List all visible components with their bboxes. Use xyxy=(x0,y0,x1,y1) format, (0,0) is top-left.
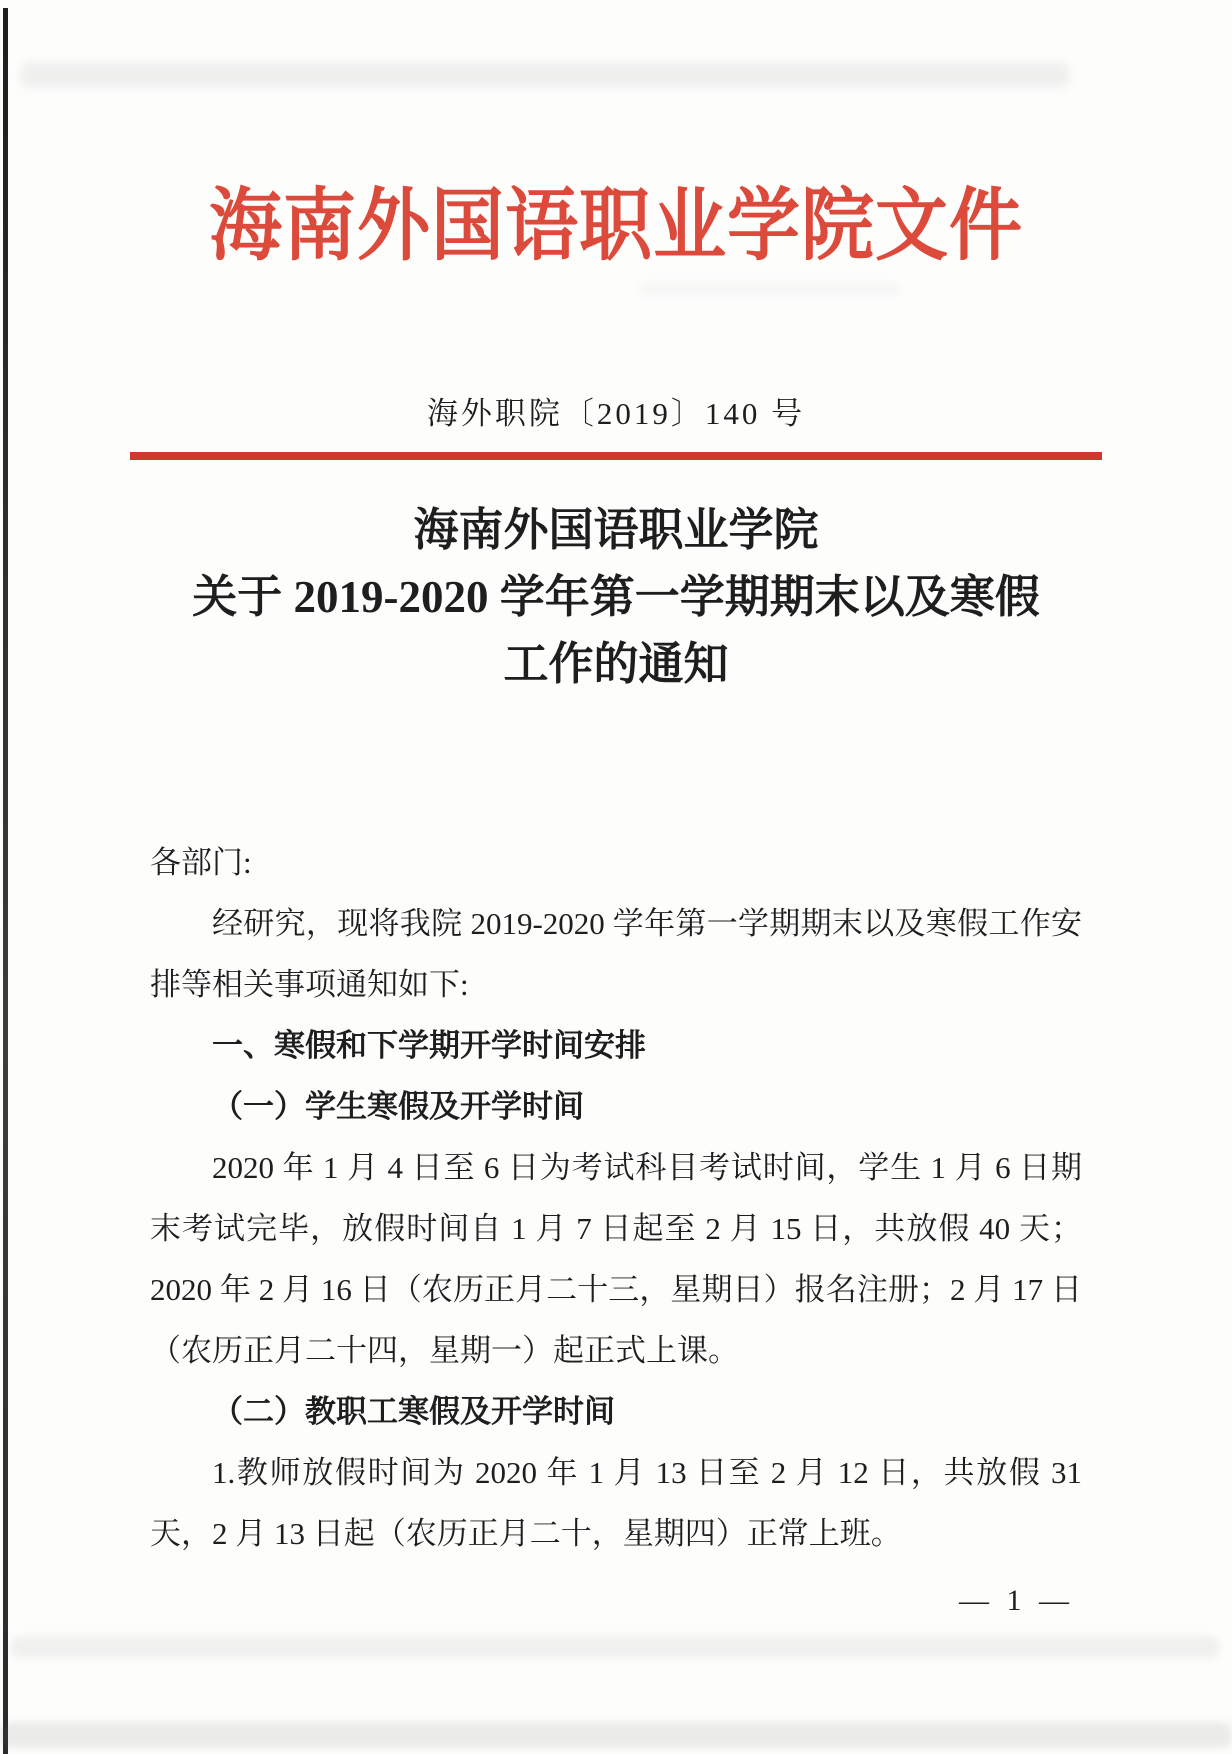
scan-smudge-bottom-2 xyxy=(0,1722,1232,1748)
document-title-line3: 工作的通知 xyxy=(0,631,1232,698)
document-number: 海外职院〔2019〕140 号 xyxy=(0,388,1232,433)
document-page: 海南外国语职业学院文件 海外职院〔2019〕140 号 海南外国语职业学院 关于… xyxy=(0,0,1232,1754)
scan-smudge-mid xyxy=(640,283,900,295)
document-body: 各部门: 经研究，现将我院 2019-2020 学年第一学期期末以及寒假工作安排… xyxy=(150,832,1082,1564)
document-title: 海南外国语职业学院 关于 2019-2020 学年第一学期期末以及寒假 工作的通… xyxy=(0,497,1232,698)
letterhead-org-title: 海南外国语职业学院文件 xyxy=(0,162,1232,275)
subsection1-heading: （一）学生寒假及开学时间 xyxy=(150,1076,1082,1137)
red-divider-line xyxy=(130,452,1102,460)
subsection1-paragraph: 2020 年 1 月 4 日至 6 日为考试科目考试时间，学生 1 月 6 日期… xyxy=(150,1137,1082,1381)
document-title-line1: 海南外国语职业学院 xyxy=(0,497,1232,564)
subsection2-paragraph: 1.教师放假时间为 2020 年 1 月 13 日至 2 月 12 日，共放假 … xyxy=(150,1442,1082,1564)
intro-paragraph: 经研究，现将我院 2019-2020 学年第一学期期末以及寒假工作安排等相关事项… xyxy=(150,893,1082,1015)
subsection2-heading: （二）教职工寒假及开学时间 xyxy=(150,1381,1082,1442)
document-title-line2: 关于 2019-2020 学年第一学期期末以及寒假 xyxy=(0,564,1232,631)
scan-smudge-bottom-1 xyxy=(10,1636,1220,1658)
section1-heading: 一、寒假和下学期开学时间安排 xyxy=(150,1015,1082,1076)
page-number: — 1 — xyxy=(959,1584,1074,1618)
scan-smudge-top xyxy=(20,62,1070,88)
salutation: 各部门: xyxy=(150,832,1082,893)
